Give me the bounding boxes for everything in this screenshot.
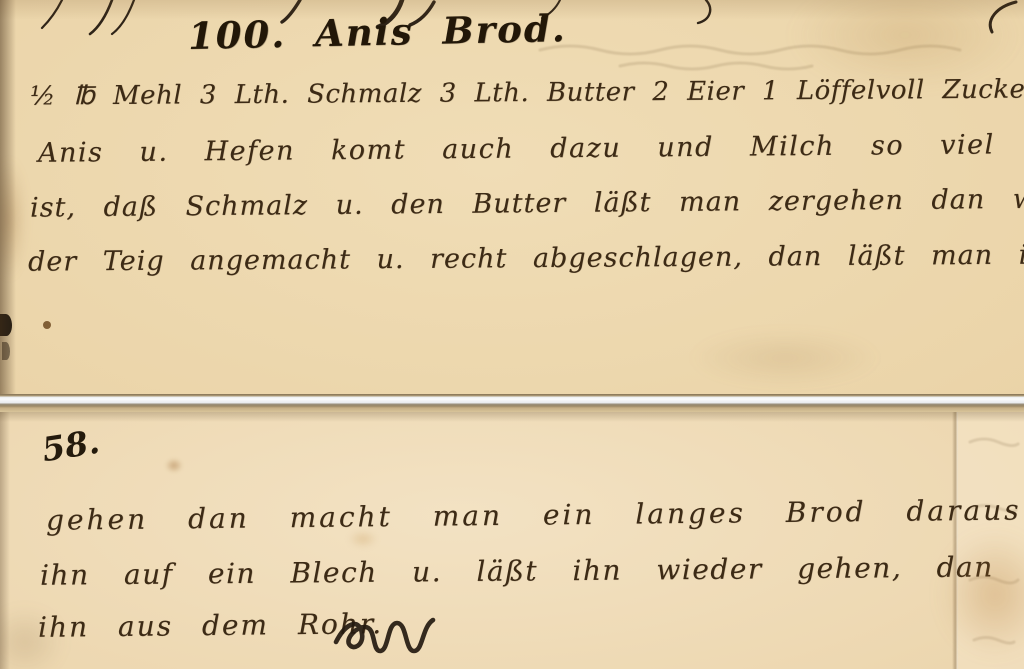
paper-stain [690,330,880,386]
manuscript-line-2: Anis u. Hefen komt auch dazu und Milch s… [38,128,1024,169]
bottom-page-scan: 58. gehen dan macht man ein langes Brod … [0,412,1024,669]
paper-stain [0,158,26,280]
manuscript-line-6: ihn auf ein Blech u. läßt ihn wieder geh… [40,549,1024,591]
recipe-title: Anis Brod. [315,6,567,55]
recipe-heading: 100. Anis Brod. [188,6,567,58]
manuscript-line-5: gehen dan macht man ein langes Brod dara… [46,492,1024,536]
page-margin-right [958,412,1024,669]
top-page-scan: 100. Anis Brod. ½ ℔ Mehl 3 Lth. Schmalz … [0,0,1024,394]
ink-blot [0,314,12,336]
manuscript-line-3: ist, daß Schmalz u. den Butter läßt man … [30,183,1024,223]
page-fold-line [952,412,958,669]
page-number: 58. [39,422,102,470]
manuscript-line-7: ihn aus dem Rohr. [38,607,383,644]
page-gap-divider [0,394,1024,412]
recipe-number: 100. [188,12,287,58]
ink-dot [43,321,51,329]
manuscript-line-4: der Teig angemacht u. recht abgeschlagen… [28,239,1024,277]
paper-stain [165,458,183,473]
manuscript-line-1: ½ ℔ Mehl 3 Lth. Schmalz 3 Lth. Butter 2 … [30,74,1024,111]
